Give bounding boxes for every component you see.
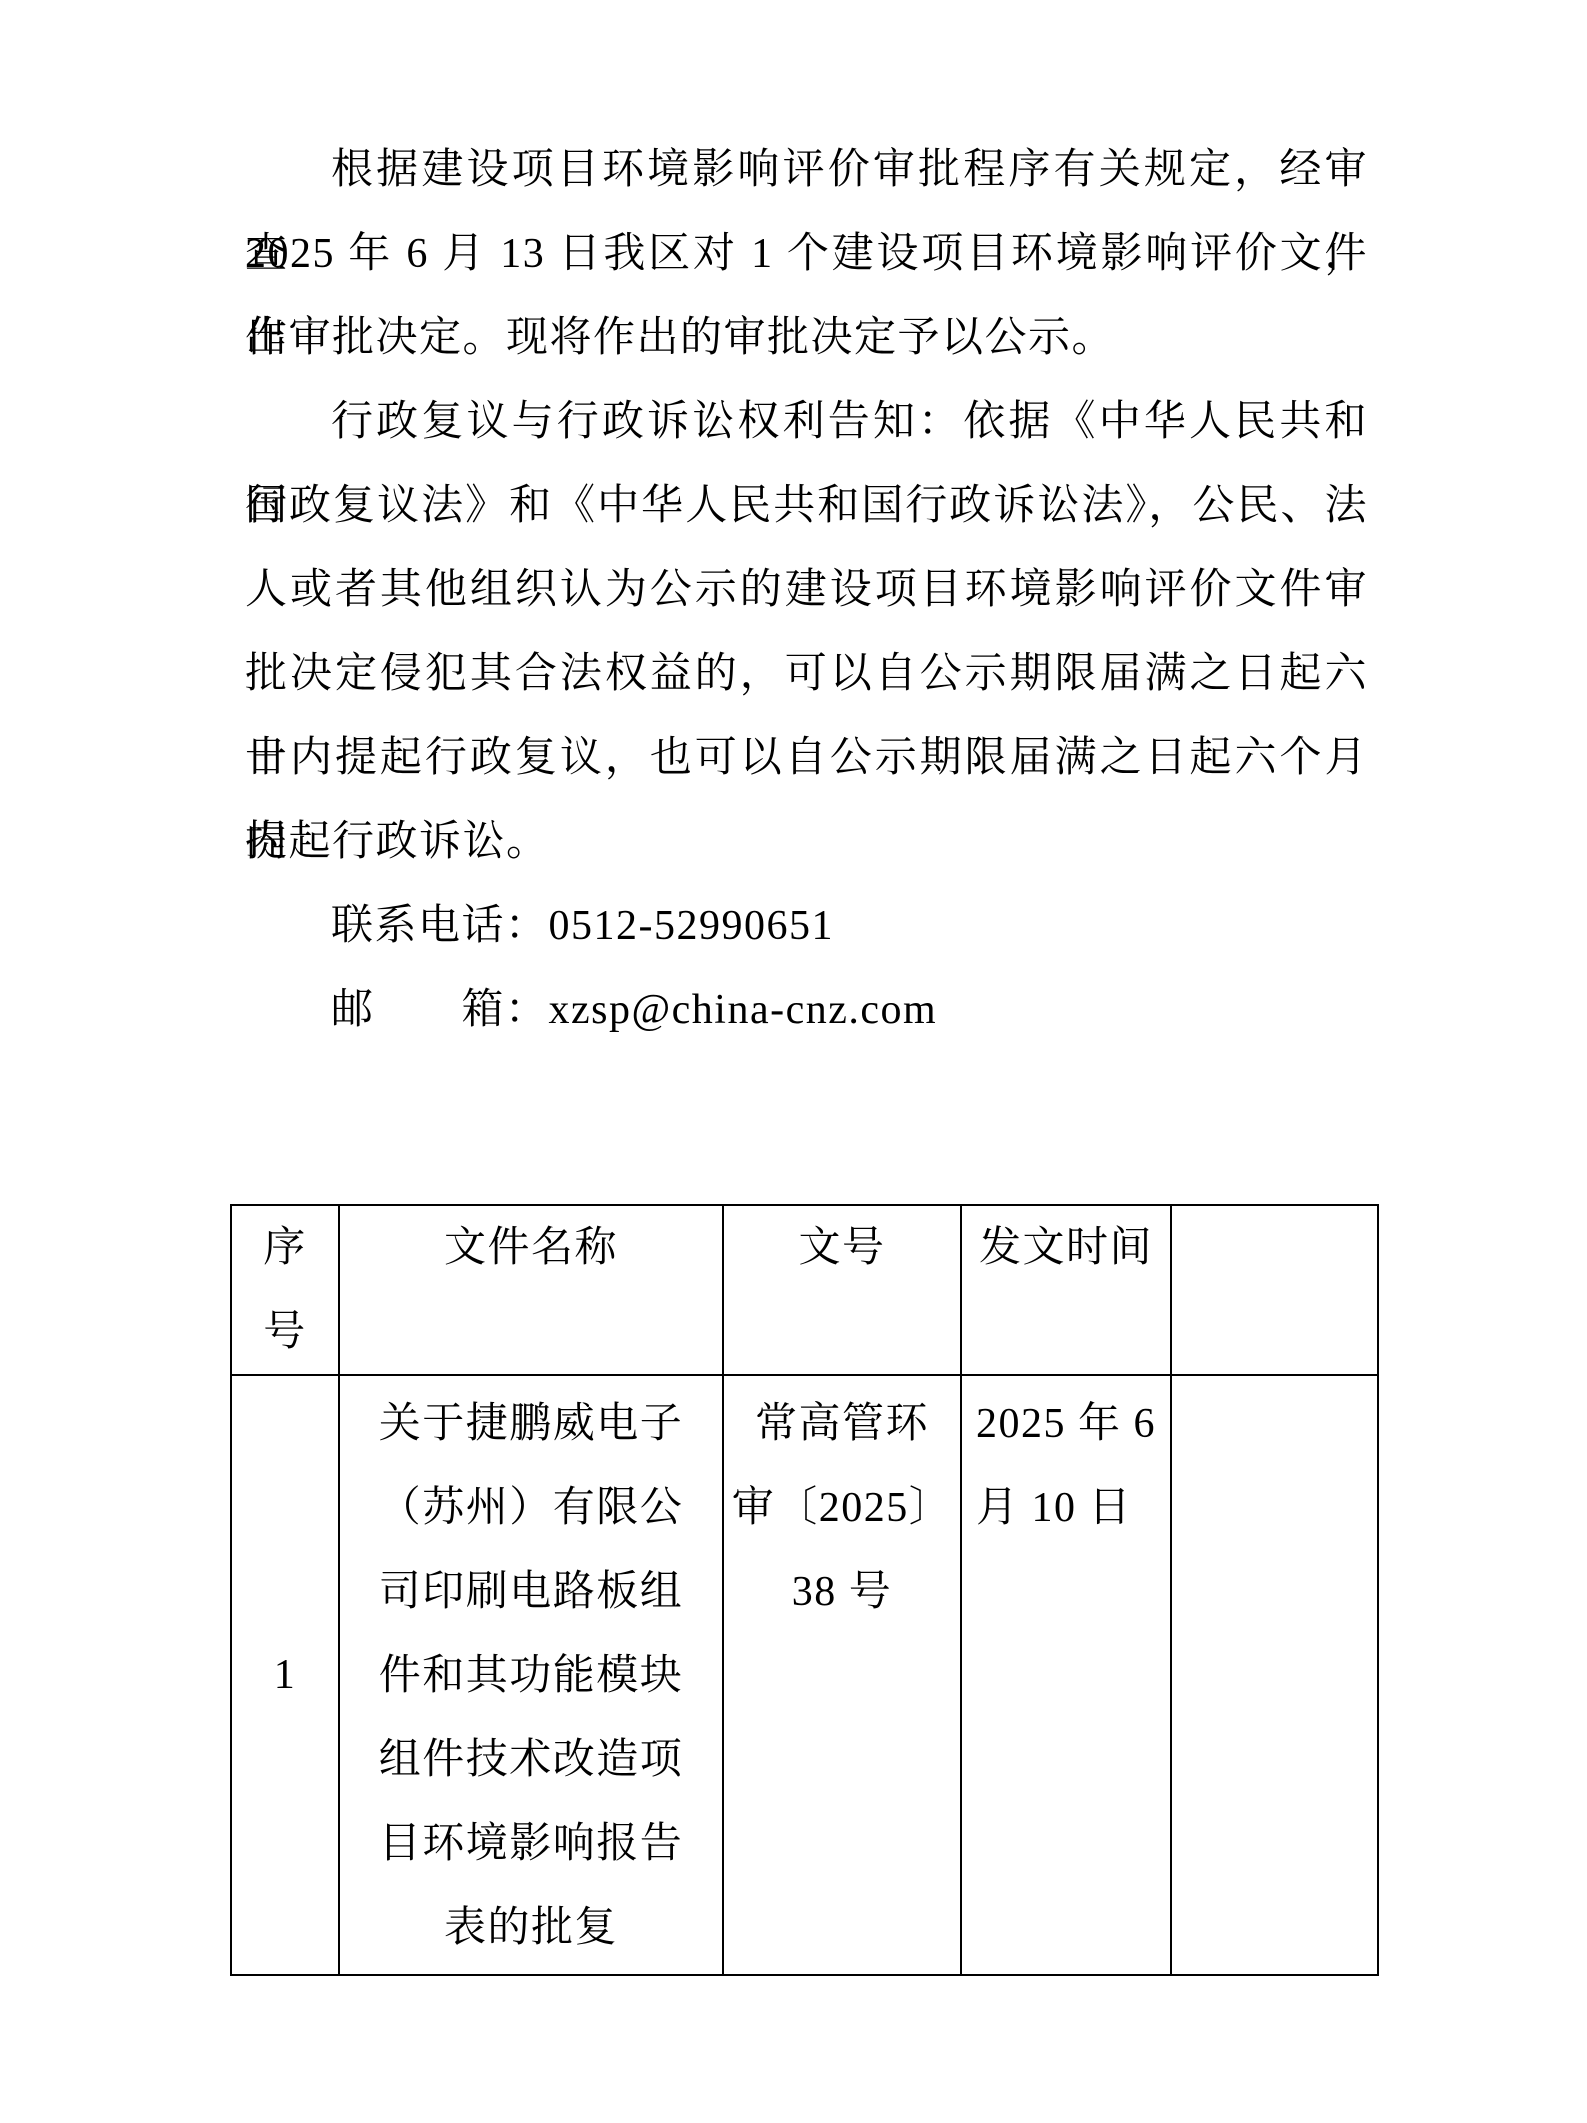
header-row: 序 号 文件名称 文号 发文时间	[231, 1205, 1378, 1375]
notice-line: 批决定侵犯其合法权益的，可以自公示期限届满之日起六十	[245, 632, 1368, 716]
cell-doc-name: 关于捷鹏威电子 （苏州）有限公 司印刷电路板组 件和其功能模块 组件技术改造项 …	[339, 1375, 723, 1975]
cell-seq: 1	[231, 1375, 339, 1975]
notice-body: 根据建设项目环境影响评价审批程序有关规定，经审查， 2025 年 6 月 13 …	[245, 128, 1368, 1052]
notice-line: 人或者其他组织认为公示的建设项目环境影响评价文件审	[245, 548, 1368, 632]
approval-table: 序 号 文件名称 文号 发文时间 1 关于捷鹏威电子 （苏州）有限公 司印刷电路…	[230, 1204, 1379, 1976]
notice-line: 根据建设项目环境影响评价审批程序有关规定，经审查，	[245, 128, 1368, 212]
header-issue-date-cell: 发文时间	[961, 1205, 1171, 1375]
header-notes-cell	[1171, 1205, 1378, 1375]
cell-issue-date: 2025 年 6 月 10 日	[961, 1375, 1171, 1975]
notice-line: 日内提起行政复议，也可以自公示期限届满之日起六个月内	[245, 716, 1368, 800]
table-row: 1 关于捷鹏威电子 （苏州）有限公 司印刷电路板组 件和其功能模块 组件技术改造…	[231, 1375, 1378, 1975]
notice-line: 2025 年 6 月 13 日我区对 1 个建设项目环境影响评价文件作	[245, 212, 1368, 296]
contact-phone-line: 联系电话：0512-52990651	[245, 884, 1368, 968]
approval-table-body: 1 关于捷鹏威电子 （苏州）有限公 司印刷电路板组 件和其功能模块 组件技术改造…	[231, 1375, 1378, 1975]
notice-line: 行政复议法》和《中华人民共和国行政诉讼法》，公民、法	[245, 464, 1368, 548]
document-page: 根据建设项目环境影响评价审批程序有关规定，经审查， 2025 年 6 月 13 …	[0, 0, 1587, 2123]
header-seq-cell: 序 号	[231, 1205, 339, 1375]
approval-table-header: 序 号 文件名称 文号 发文时间	[231, 1205, 1378, 1375]
notice-line: 出审批决定。现将作出的审批决定予以公示。	[245, 296, 1368, 380]
notice-line: 提起行政诉讼。	[245, 800, 1368, 884]
header-doc-no-cell: 文号	[723, 1205, 961, 1375]
notice-line: 行政复议与行政诉讼权利告知：依据《中华人民共和国	[245, 380, 1368, 464]
cell-notes	[1171, 1375, 1378, 1975]
contact-email-line: 邮 箱：xzsp@china-cnz.com	[245, 968, 1368, 1052]
cell-doc-no: 常高管环 审〔2025〕 38 号	[723, 1375, 961, 1975]
header-doc-name-cell: 文件名称	[339, 1205, 723, 1375]
